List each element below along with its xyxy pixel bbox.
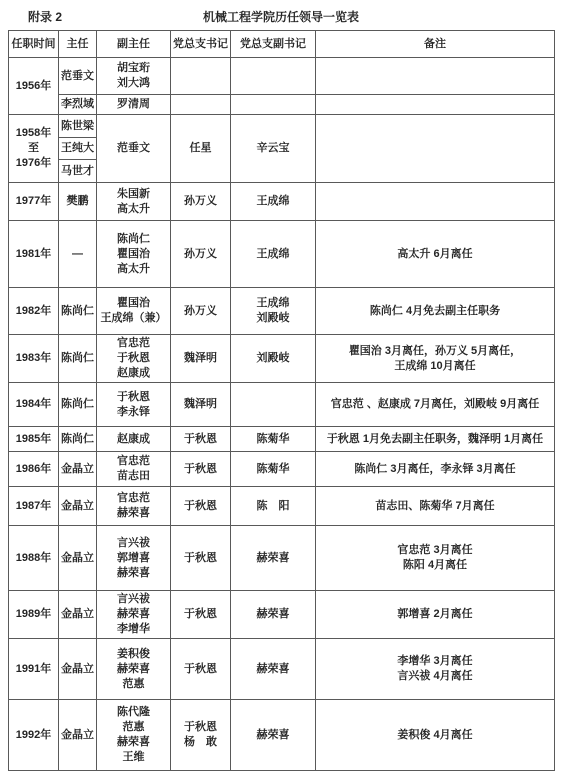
table-cell: 陈尚仁 4月免去副主任职务	[316, 288, 555, 335]
table-cell: 瞿国治 王成绵（兼）	[97, 288, 171, 335]
table-cell: 胡宝珩 刘大鸿	[97, 58, 171, 95]
column-header-4: 党总支副书记	[231, 31, 316, 58]
table-cell: 1981年	[9, 221, 59, 288]
table-cell: 樊鹏	[59, 183, 97, 221]
table-row-16: 1992年金晶立陈代隆 范惠 赫荣喜 王维于秋恩 杨 敢赫荣喜姜积俊 4月离任	[9, 700, 555, 771]
table-cell: 1991年	[9, 639, 59, 700]
table-cell: 金晶立	[59, 526, 97, 591]
table-cell	[231, 383, 316, 427]
table-row-9: 1984年陈尚仁于秋恩 李永铎魏泽明官忠范 、赵康成 7月离任，刘殿岐 9月离任	[9, 383, 555, 427]
table-cell: 赫荣喜	[231, 591, 316, 639]
table-cell: 高太升 6月离任	[316, 221, 555, 288]
column-header-1: 主任	[59, 31, 97, 58]
table-cell	[231, 58, 316, 95]
table-cell: 官忠范 赫荣喜	[97, 487, 171, 526]
table-cell: 刘殿岐	[231, 335, 316, 383]
table-cell: 官忠范 3月离任 陈阳 4月离任	[316, 526, 555, 591]
table-cell: 魏泽明	[171, 335, 231, 383]
table-cell: 于秋恩	[171, 452, 231, 487]
table-cell	[171, 95, 231, 115]
table-cell: 金晶立	[59, 639, 97, 700]
table-cell: —	[59, 221, 97, 288]
table-cell: 王成绵	[231, 221, 316, 288]
table-cell: 1956年	[9, 58, 59, 115]
table-cell: 于秋恩	[171, 526, 231, 591]
table-cell: 陈代隆 范惠 赫荣喜 王维	[97, 700, 171, 771]
table-cell: 于秋恩 1月免去副主任职务，魏泽明 1月离任	[316, 427, 555, 452]
table-cell: 言兴祓 赫荣喜 李增华	[97, 591, 171, 639]
table-cell: 1992年	[9, 700, 59, 771]
table-cell: 王纯大	[59, 138, 97, 160]
table-cell: 范垂文	[97, 115, 171, 183]
table-cell: 马世才	[59, 160, 97, 183]
table-cell: 赫荣喜	[231, 700, 316, 771]
table-cell	[316, 115, 555, 183]
table-cell: 1984年	[9, 383, 59, 427]
table-cell: 1988年	[9, 526, 59, 591]
table-row-8: 1983年陈尚仁官忠范 于秋恩 赵康成魏泽明刘殿岐瞿国治 3月离任，孙万义 5月…	[9, 335, 555, 383]
table-cell: 陈尚仁 瞿国治 高太升	[97, 221, 171, 288]
table-cell: 魏泽明	[171, 383, 231, 427]
table-cell: 陈菊华	[231, 427, 316, 452]
table-cell: 赵康成	[97, 427, 171, 452]
table-cell: 陈 阳	[231, 487, 316, 526]
table-cell: 1983年	[9, 335, 59, 383]
table-cell: 赫荣喜	[231, 526, 316, 591]
table-row-13: 1988年金晶立言兴祓 郭增喜 赫荣喜于秋恩赫荣喜官忠范 3月离任 陈阳 4月离…	[9, 526, 555, 591]
table-cell: 范垂文	[59, 58, 97, 95]
table-cell: 陈尚仁	[59, 288, 97, 335]
table-cell: 于秋恩	[171, 591, 231, 639]
table-cell: 孙万义	[171, 288, 231, 335]
table-cell	[316, 95, 555, 115]
table-cell: 朱国新 高太升	[97, 183, 171, 221]
table-row-2: 1958年 至 1976年陈世梁范垂文任星辛云宝	[9, 115, 555, 138]
table-row-15: 1991年金晶立姜积俊 赫荣喜 范惠于秋恩赫荣喜李增华 3月离任 言兴祓 4月离…	[9, 639, 555, 700]
table-row-10: 1985年陈尚仁赵康成于秋恩陈菊华于秋恩 1月免去副主任职务，魏泽明 1月离任	[9, 427, 555, 452]
table-cell: 1989年	[9, 591, 59, 639]
title-bar: 附录 2 机械工程学院历任领导一览表	[0, 6, 562, 28]
table-cell: 罗清周	[97, 95, 171, 115]
table-body: 1956年范垂文胡宝珩 刘大鸿李烈域罗清周1958年 至 1976年陈世梁范垂文…	[9, 58, 555, 771]
table-cell: 金晶立	[59, 591, 97, 639]
table-cell: 孙万义	[171, 221, 231, 288]
table-cell: 金晶立	[59, 700, 97, 771]
table-cell: 1958年 至 1976年	[9, 115, 59, 183]
table-cell: 官忠范 苗志田	[97, 452, 171, 487]
table-cell: 任星	[171, 115, 231, 183]
table-cell: 赫荣喜	[231, 639, 316, 700]
table-cell: 姜积俊 赫荣喜 范惠	[97, 639, 171, 700]
table-cell: 言兴祓 郭增喜 赫荣喜	[97, 526, 171, 591]
table-cell: 陈尚仁	[59, 335, 97, 383]
table-cell: 于秋恩 杨 敢	[171, 700, 231, 771]
leaders-table: 任职时间主任副主任党总支书记党总支副书记备注 1956年范垂文胡宝珩 刘大鸿李烈…	[8, 30, 555, 771]
table-cell: 姜积俊 4月离任	[316, 700, 555, 771]
table-cell: 瞿国治 3月离任，孙万义 5月离任， 王成绵 10月离任	[316, 335, 555, 383]
table-cell: 1982年	[9, 288, 59, 335]
table-cell: 金晶立	[59, 452, 97, 487]
table-row-6: 1981年—陈尚仁 瞿国治 高太升孙万义王成绵高太升 6月离任	[9, 221, 555, 288]
table-cell	[316, 183, 555, 221]
header-row: 任职时间主任副主任党总支书记党总支副书记备注	[9, 31, 555, 58]
table-row-12: 1987年金晶立官忠范 赫荣喜于秋恩陈 阳苗志田、陈菊华 7月离任	[9, 487, 555, 526]
table-row-14: 1989年金晶立言兴祓 赫荣喜 李增华于秋恩赫荣喜郭增喜 2月离任	[9, 591, 555, 639]
table-header: 任职时间主任副主任党总支书记党总支副书记备注	[9, 31, 555, 58]
table-cell: 李烈域	[59, 95, 97, 115]
column-header-3: 党总支书记	[171, 31, 231, 58]
table-cell: 金晶立	[59, 487, 97, 526]
table-cell: 于秋恩	[171, 639, 231, 700]
table-cell: 辛云宝	[231, 115, 316, 183]
table-cell: 1977年	[9, 183, 59, 221]
table-row-1: 李烈域罗清周	[9, 95, 555, 115]
table-row-11: 1986年金晶立官忠范 苗志田于秋恩陈菊华陈尚仁 3月离任，李永铎 3月离任	[9, 452, 555, 487]
document-page: 附录 2 机械工程学院历任领导一览表 任职时间主任副主任党总支书记党总支副书记备…	[0, 0, 562, 776]
table-cell: 于秋恩	[171, 427, 231, 452]
table-row-0: 1956年范垂文胡宝珩 刘大鸿	[9, 58, 555, 95]
column-header-5: 备注	[316, 31, 555, 58]
table-cell: 1985年	[9, 427, 59, 452]
table-cell: 官忠范 、赵康成 7月离任，刘殿岐 9月离任	[316, 383, 555, 427]
table-cell: 陈菊华	[231, 452, 316, 487]
table-cell: 陈世梁	[59, 115, 97, 138]
table-cell: 陈尚仁	[59, 383, 97, 427]
table-row-7: 1982年陈尚仁瞿国治 王成绵（兼）孙万义王成绵 刘殿岐陈尚仁 4月免去副主任职…	[9, 288, 555, 335]
table-cell: 孙万义	[171, 183, 231, 221]
column-header-0: 任职时间	[9, 31, 59, 58]
table-cell: 李增华 3月离任 言兴祓 4月离任	[316, 639, 555, 700]
table-cell: 1986年	[9, 452, 59, 487]
column-header-2: 副主任	[97, 31, 171, 58]
table-cell: 陈尚仁 3月离任，李永铎 3月离任	[316, 452, 555, 487]
table-cell: 官忠范 于秋恩 赵康成	[97, 335, 171, 383]
table-row-5: 1977年樊鹏朱国新 高太升孙万义王成绵	[9, 183, 555, 221]
page-title: 机械工程学院历任领导一览表	[0, 6, 562, 28]
table-cell: 苗志田、陈菊华 7月离任	[316, 487, 555, 526]
table-cell: 陈尚仁	[59, 427, 97, 452]
table-cell: 王成绵 刘殿岐	[231, 288, 316, 335]
table-cell	[316, 58, 555, 95]
table-cell: 1987年	[9, 487, 59, 526]
table-cell	[171, 58, 231, 95]
table-cell: 王成绵	[231, 183, 316, 221]
table-cell: 郭增喜 2月离任	[316, 591, 555, 639]
table-cell: 于秋恩	[171, 487, 231, 526]
table-cell	[231, 95, 316, 115]
table-cell: 于秋恩 李永铎	[97, 383, 171, 427]
